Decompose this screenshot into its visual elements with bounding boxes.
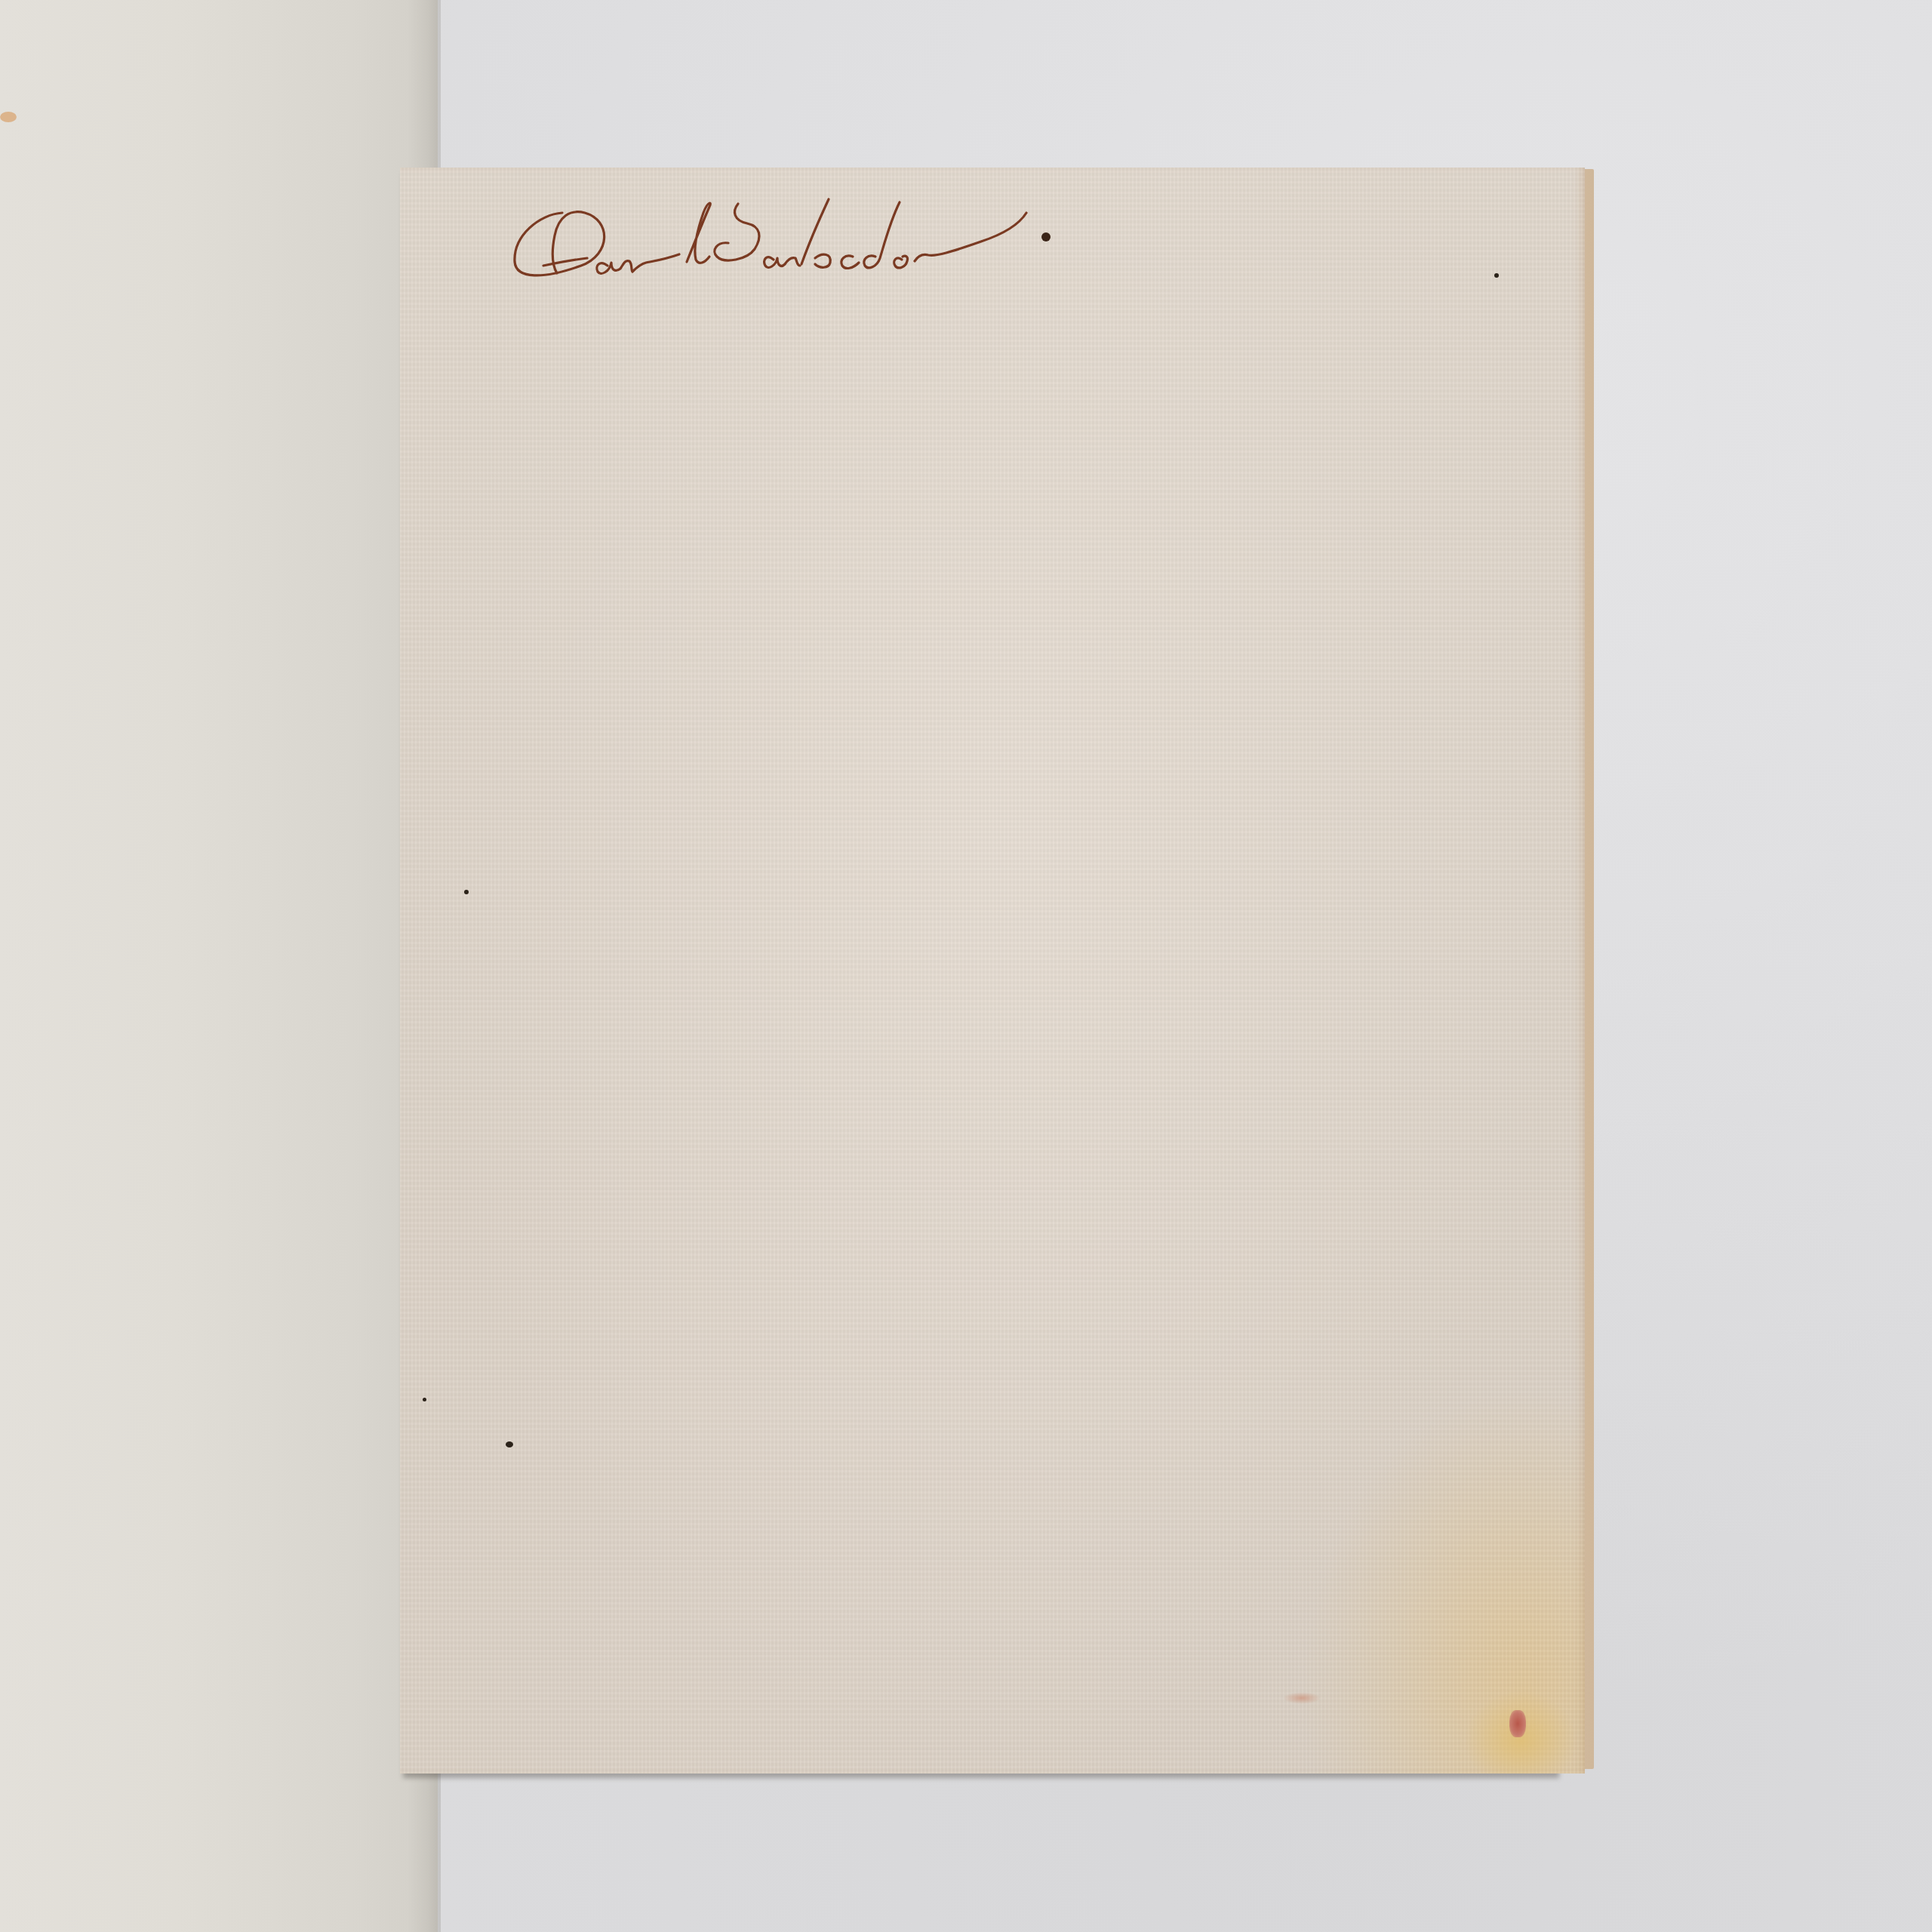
paper-texture bbox=[400, 168, 1585, 1774]
ink-speck bbox=[464, 890, 469, 894]
red-stain-mark bbox=[1509, 1710, 1526, 1737]
handwritten-inscription: Dan l Sarbedor. bbox=[498, 190, 1102, 296]
album-page-stain bbox=[0, 112, 17, 122]
ink-speck bbox=[1494, 273, 1499, 278]
faint-reddish-smudge bbox=[1283, 1692, 1321, 1704]
manuscript-sheet: Dan l Sarbedor. bbox=[400, 168, 1585, 1774]
album-left-page bbox=[0, 0, 438, 1932]
ink-speck bbox=[506, 1441, 513, 1447]
ink-speck bbox=[423, 1398, 426, 1401]
inscription-ink-strokes bbox=[498, 190, 1102, 296]
